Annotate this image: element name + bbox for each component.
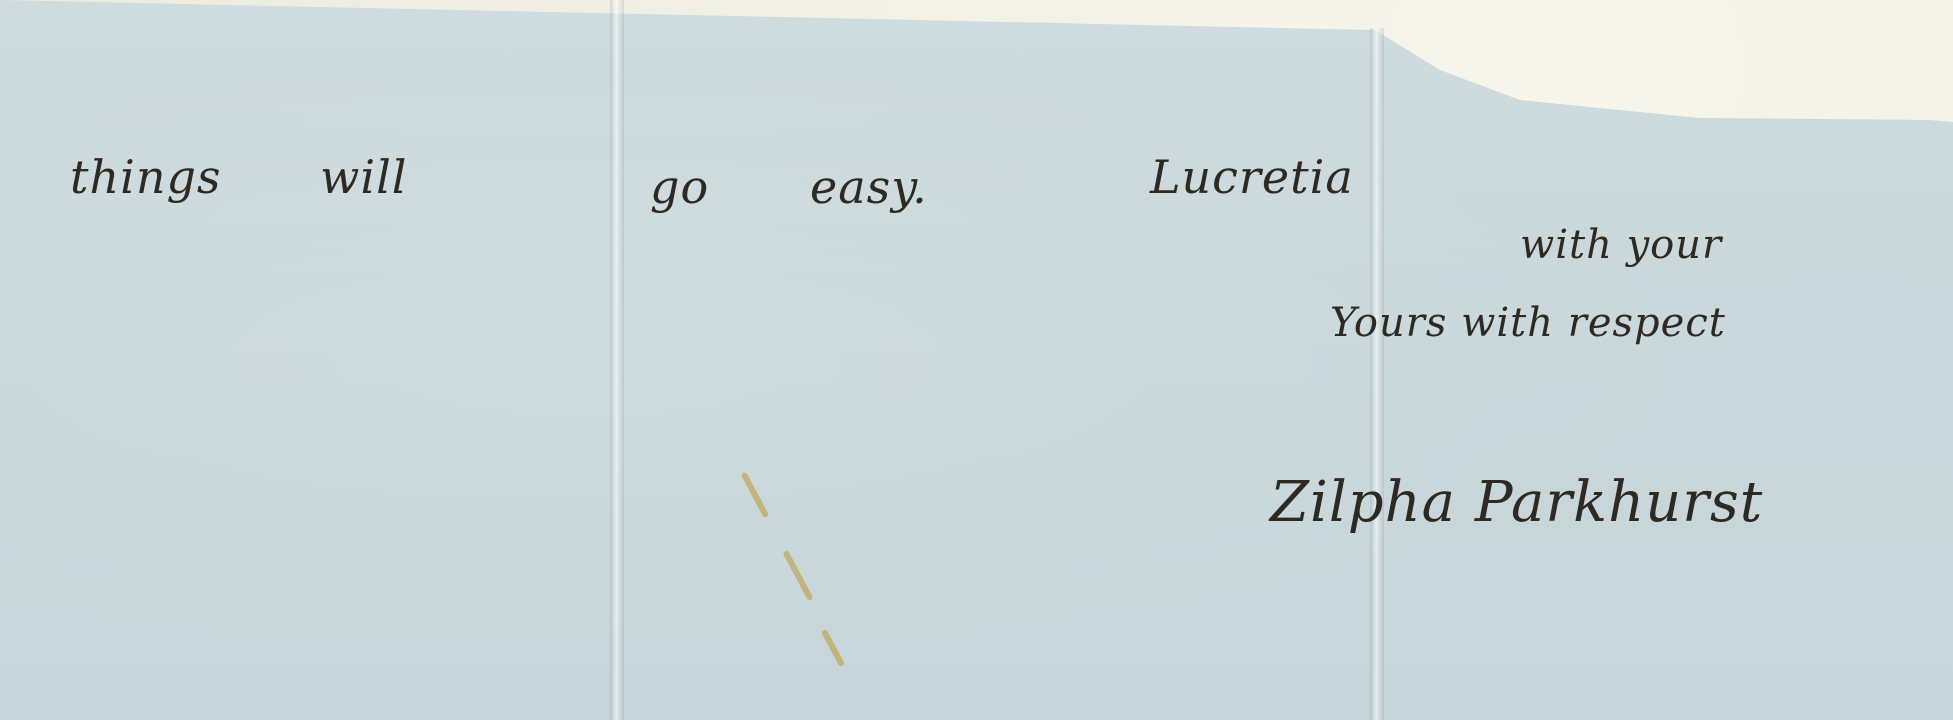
word: go [650,160,709,214]
handwriting-line-2: with your [1520,222,1722,268]
word: things [70,150,222,204]
paper-fold-right [1370,28,1384,720]
word: will [320,150,408,204]
paper-fold-left [610,0,624,720]
word: easy. [810,160,928,214]
word: Lucretia [1150,150,1354,204]
handwriting-line-3: Yours with respect [1330,300,1726,346]
signature: Zilpha Parkhurst [1270,470,1763,535]
